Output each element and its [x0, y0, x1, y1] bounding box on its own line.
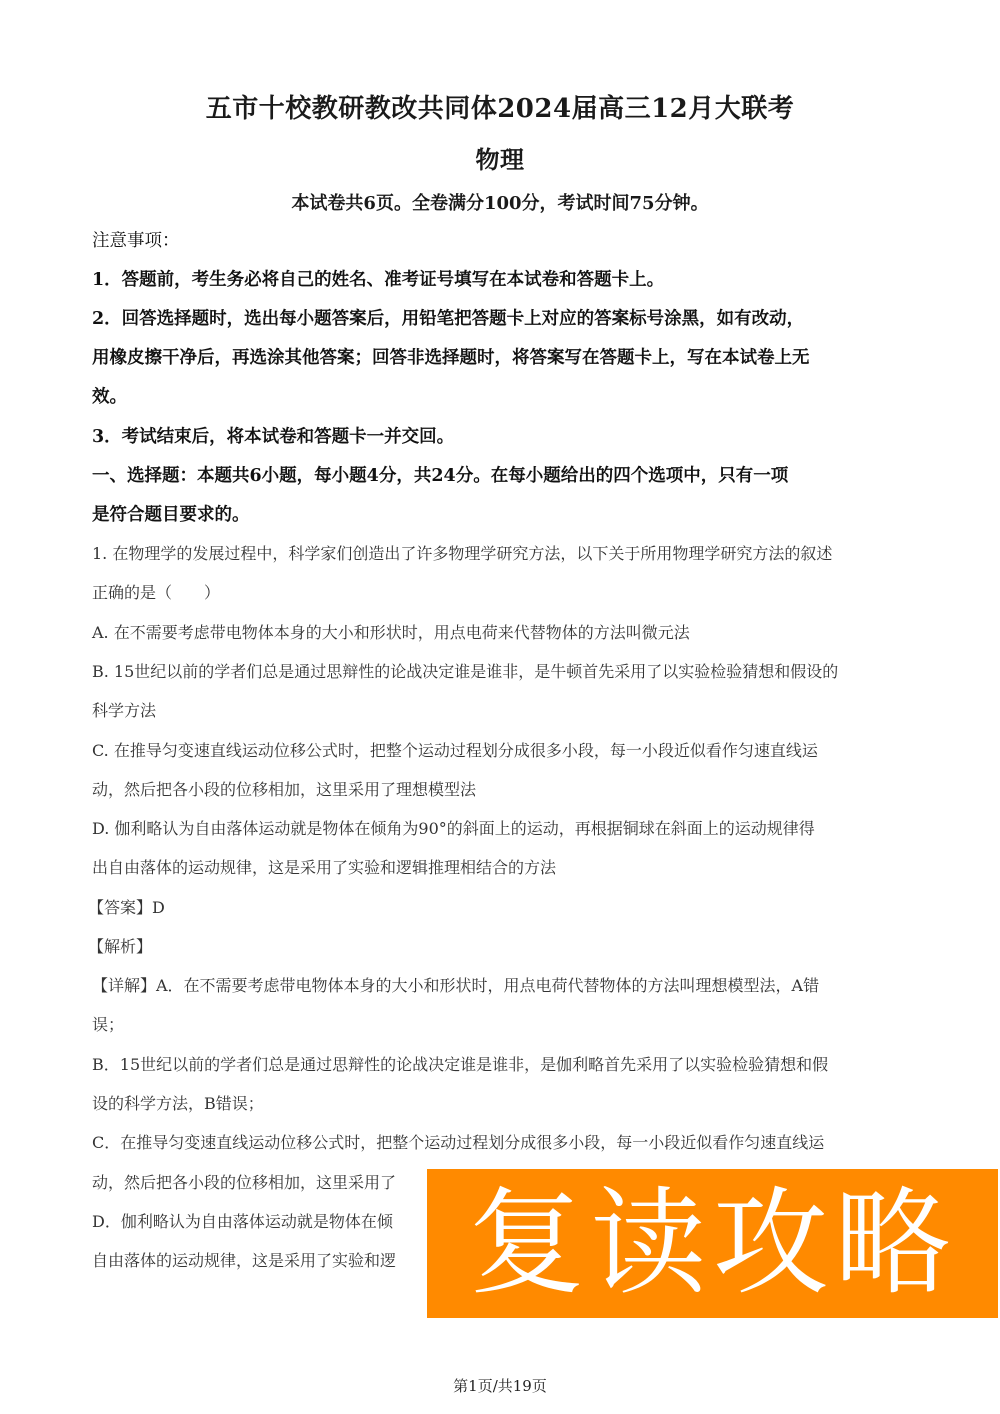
notice-line: 3．考试结束后，将本试卷和答题卡一并交回。 [92, 426, 454, 448]
detail-line: 动，然后把各小段的位移相加，这里采用了 [92, 1172, 396, 1194]
notice-line: 2．回答选择题时，选出每小题答案后，用铅笔把答题卡上对应的答案标号涂黑，如有改动… [92, 308, 804, 330]
question-stem: 1. 在物理学的发展过程中，科学家们创造出了许多物理学研究方法，以下关于所用物理… [92, 543, 832, 565]
notice-line: 用橡皮擦干净后，再选涂其他答案；回答非选择题时，将答案写在答题卡上，写在本试卷上… [92, 347, 810, 369]
option-d: 出自由落体的运动规律，这是采用了实验和逻辑推理相结合的方法 [92, 857, 556, 879]
detail-line: D．伽利略认为自由落体运动就是物体在倾 [92, 1211, 393, 1233]
analysis-label: 【解析】 [88, 936, 152, 958]
option-c: C. 在推导匀变速直线运动位移公式时，把整个运动过程划分成很多小段，每一小段近似… [92, 740, 818, 762]
question-stem: 正确的是（ ） [92, 582, 220, 604]
detail-line: C．在推导匀变速直线运动位移公式时，把整个运动过程划分成很多小段，每一小段近似看… [92, 1132, 824, 1154]
detail-line: 【详解】A．在不需要考虑带电物体本身的大小和形状时，用点电荷代替物体的方法叫理想… [92, 975, 819, 997]
option-d: D. 伽利略认为自由落体运动就是物体在倾角为90°的斜面上的运动，再根据铜球在斜… [92, 818, 815, 840]
option-b: B. 15世纪以前的学者们总是通过思辩性的论战决定谁是谁非，是牛顿首先采用了以实… [92, 661, 838, 683]
section-heading: 是符合题目要求的。 [92, 504, 250, 526]
subject-title: 物理 [0, 140, 1000, 175]
detail-line: 误； [92, 1014, 124, 1036]
option-a: A. 在不需要考虑带电物体本身的大小和形状时，用点电荷来代替物体的方法叫微元法 [92, 622, 690, 644]
detail-line: 自由落体的运动规律，这是采用了实验和逻 [92, 1250, 396, 1272]
option-c: 动，然后把各小段的位移相加，这里采用了理想模型法 [92, 779, 476, 801]
answer-label: 【答案】D [88, 897, 165, 919]
notice-line: 1．答题前，考生务必将自己的姓名、准考证号填写在本试卷和答题卡上。 [92, 269, 664, 291]
detail-line: 设的科学方法，B错误； [92, 1093, 264, 1115]
notice-heading: 注意事项： [92, 230, 180, 252]
notice-line: 效。 [92, 386, 127, 408]
detail-line: B．15世纪以前的学者们总是通过思辩性的论战决定谁是谁非，是伽利略首先采用了以实… [92, 1054, 828, 1076]
document-title: 五市十校教研教改共同体2024届高三12月大联考 [0, 88, 1000, 125]
page-indicator: 第1页/共19页 [0, 1375, 1000, 1396]
section-heading: 一、选择题：本题共6小题，每小题4分，共24分。在每小题给出的四个选项中，只有一… [92, 465, 788, 487]
exam-info: 本试卷共6页。全卷满分100分，考试时间75分钟。 [0, 189, 1000, 215]
option-b: 科学方法 [92, 700, 156, 722]
watermark-text: 复读攻略 [469, 1186, 957, 1302]
watermark-banner: 复读攻略 [427, 1169, 998, 1318]
